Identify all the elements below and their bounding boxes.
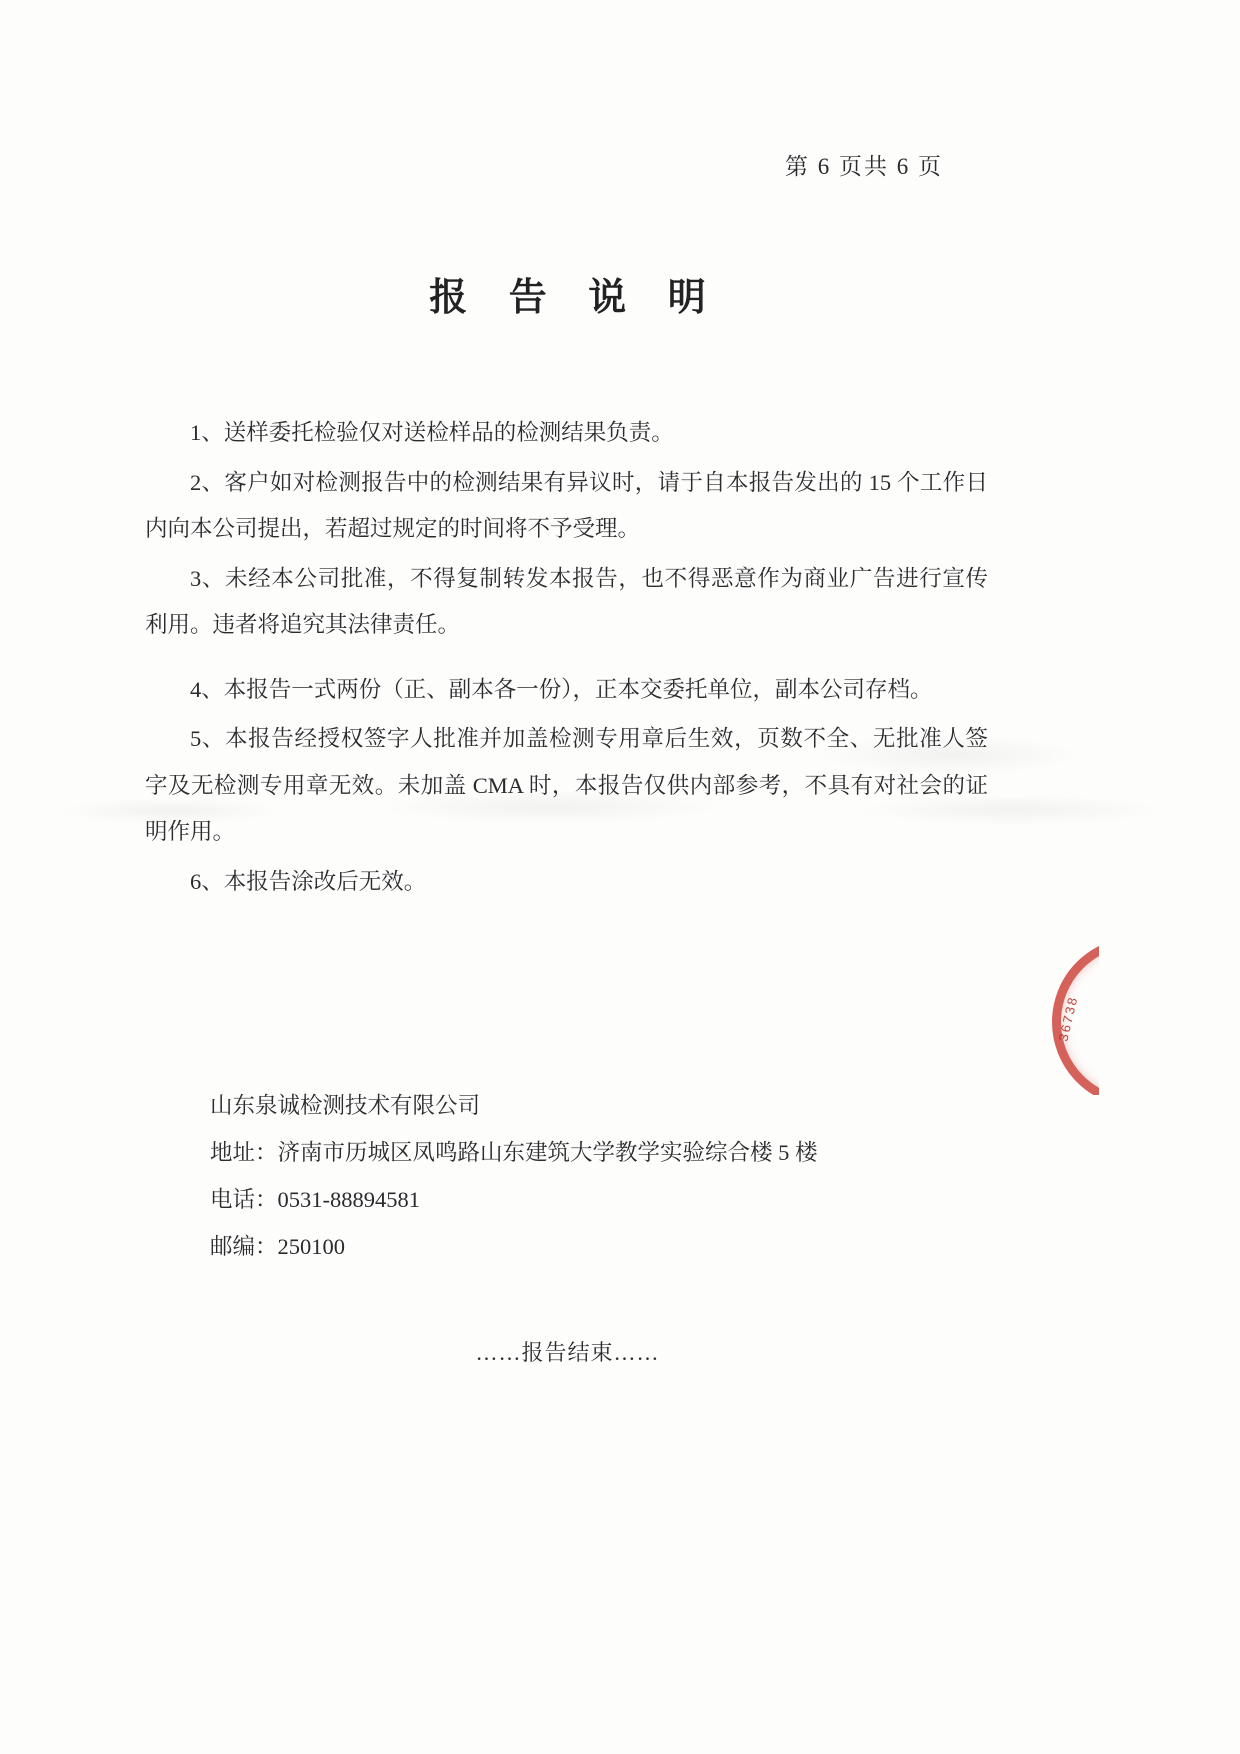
note-item-4: 4、本报告一式两份（正、副本各一份），正本交委托单位，副本公司存档。 <box>145 667 988 714</box>
page-title: 报 告 说 明 <box>145 266 990 321</box>
notes-section: 1、送样委托检验仅对送检样品的检测结果负责。 2、客户如对检测报告中的检测结果有… <box>145 410 988 908</box>
note-item-6: 6、本报告涂改后无效。 <box>145 859 988 906</box>
note-item-3: 3、未经本公司批准，不得复制转发本报告，也不得恶意作为商业广告进行宣传利用。违者… <box>145 556 988 649</box>
company-name: 山东泉诚检测技术有限公司 <box>210 1082 970 1129</box>
note-item-1: 1、送样委托检验仅对送检样品的检测结果负责。 <box>145 410 988 457</box>
red-stamp: 36738 <box>1043 933 1099 1095</box>
note-item-5: 5、本报告经授权签字人批准并加盖检测专用章后生效，页数不全、无批准人签字及无检测… <box>145 716 988 856</box>
company-info: 山东泉诚检测技术有限公司 地址：济南市历城区凤鸣路山东建筑大学教学实验综合楼 5… <box>210 1082 970 1270</box>
page-indicator: 第 6 页共 6 页 <box>0 148 943 181</box>
company-phone: 电话：0531-88894581 <box>210 1176 970 1223</box>
report-end-marker: ……报告结束…… <box>145 1336 990 1367</box>
report-page: 第 6 页共 6 页 报 告 说 明 1、送样委托检验仅对送检样品的检测结果负责… <box>0 0 1240 1754</box>
note-item-2: 2、客户如对检测报告中的检测结果有异议时，请于自本报告发出的 15 个工作日内向… <box>145 460 988 553</box>
company-postal: 邮编：250100 <box>210 1223 970 1270</box>
company-address: 地址：济南市历城区凤鸣路山东建筑大学教学实验综合楼 5 楼 <box>210 1129 970 1176</box>
